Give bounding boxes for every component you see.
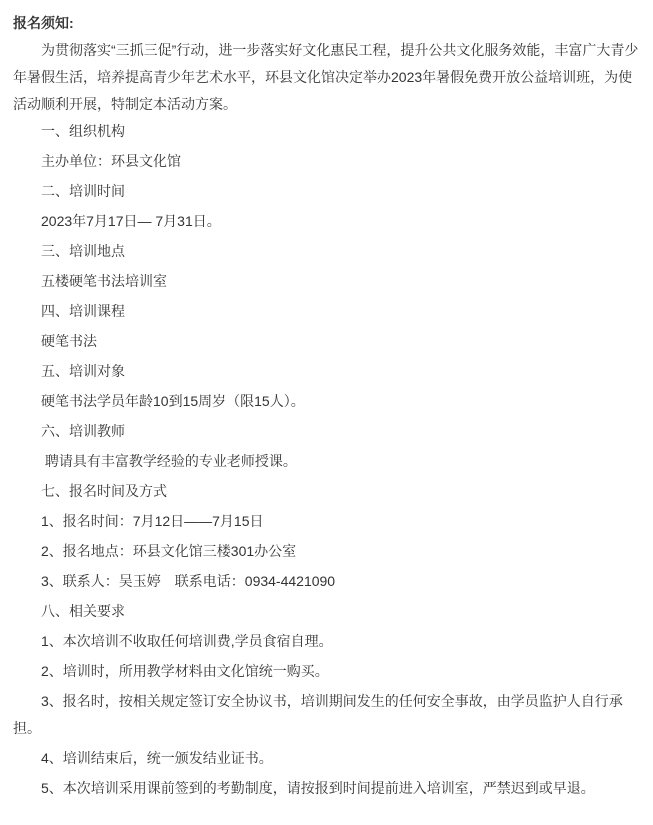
document-title: 报名须知: bbox=[13, 10, 640, 37]
heading-training-target: 五、培训对象 bbox=[13, 358, 640, 385]
requirement-line-4: 4、培训结束后，统一颁发结业证书。 bbox=[13, 745, 640, 772]
signup-location-line: 2、报名地点：环县文化馆三楼301办公室 bbox=[13, 538, 640, 565]
requirement-line-1: 1、本次培训不收取任何培训费,学员食宿自理。 bbox=[13, 628, 640, 655]
notice-document: 报名须知: 为贯彻落实“三抓三促”行动，进一步落实好文化惠民工程，提升公共文化服… bbox=[0, 0, 653, 825]
intro-paragraph: 为贯彻落实“三抓三促”行动，进一步落实好文化惠民工程，提升公共文化服务效能，丰富… bbox=[13, 37, 640, 118]
heading-requirements: 八、相关要求 bbox=[13, 598, 640, 625]
heading-training-time: 二、培训时间 bbox=[13, 178, 640, 205]
training-teacher-line: 聘请具有丰富教学经验的专业老师授课。 bbox=[13, 448, 640, 475]
training-target-line: 硬笔书法学员年龄10到15周岁（限15人）。 bbox=[13, 388, 640, 415]
heading-signup: 七、报名时间及方式 bbox=[13, 478, 640, 505]
contact-line: 3、联系人：吴玉婷 联系电话：0934-4421090 bbox=[13, 568, 640, 595]
heading-training-location: 三、培训地点 bbox=[13, 238, 640, 265]
requirement-line-5: 5、本次培训采用课前签到的考勤制度，请按报到时间提前进入培训室，严禁迟到或早退。 bbox=[13, 775, 640, 802]
signup-time-line: 1、报名时间：7月12日——7月15日 bbox=[13, 508, 640, 535]
training-course-line: 硬笔书法 bbox=[13, 328, 640, 355]
requirement-line-2: 2、培训时，所用教学材料由文化馆统一购买。 bbox=[13, 658, 640, 685]
organizer-line: 主办单位：环县文化馆 bbox=[13, 148, 640, 175]
training-time-line: 2023年7月17日— 7月31日。 bbox=[13, 208, 640, 235]
training-location-line: 五楼硬笔书法培训室 bbox=[13, 268, 640, 295]
heading-training-course: 四、培训课程 bbox=[13, 298, 640, 325]
requirement-line-3: 3、报名时，按相关规定签订安全协议书，培训期间发生的任何安全事故，由学员监护人自… bbox=[13, 688, 640, 742]
heading-training-teacher: 六、培训教师 bbox=[13, 418, 640, 445]
heading-organization: 一、组织机构 bbox=[13, 118, 640, 145]
